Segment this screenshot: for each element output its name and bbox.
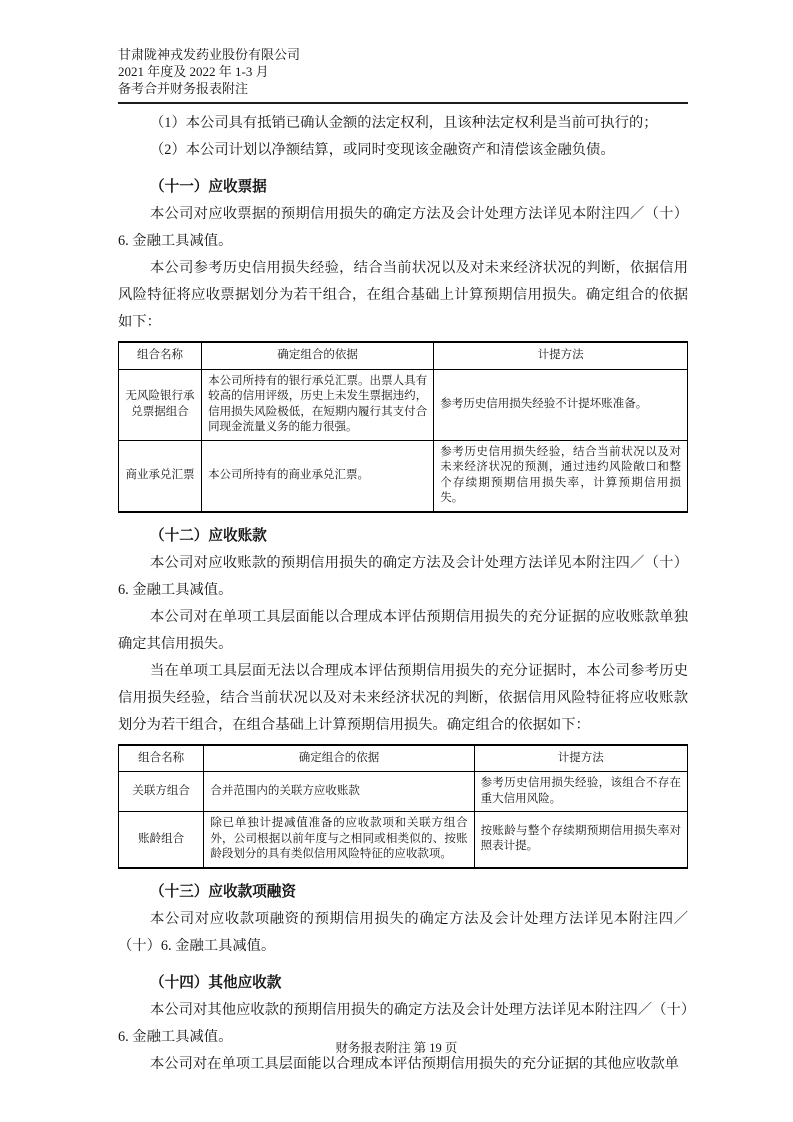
- cell-method: 参考历史信用损失经验，结合当前状况以及对未来经济状况的预测，通过违约风险敞口和整…: [434, 440, 688, 512]
- section-heading-other-receivables: （十四）其他应收款: [118, 970, 688, 997]
- cell-basis: 本公司所持有的银行承兑汇票。出票人具有较高的信用评级，历史上未发生票据违约，信用…: [202, 369, 434, 440]
- list-item-2: （2）本公司计划以净额结算，或同时变现该金融资产和清偿该金融负债。: [118, 137, 688, 164]
- column-header-basis: 确定组合的依据: [202, 342, 434, 369]
- column-header-combination-name: 组合名称: [119, 745, 204, 772]
- section-heading-notes-receivable: （十一）应收票据: [118, 174, 688, 201]
- section-heading-receivables-financing: （十三）应收款项融资: [118, 879, 688, 906]
- paragraph: 本公司对应收票据的预期信用损失的确定方法及会计处理方法详见本附注四／（十）6. …: [118, 201, 688, 255]
- paragraph: 当在单项工具层面无法以合理成本评估预期信用损失的充分证据时，本公司参考历史信用损…: [118, 658, 688, 739]
- paragraph: 本公司参考历史信用损失经验，结合当前状况以及对未来经济状况的判断，依据信用风险特…: [118, 255, 688, 336]
- table-header-row: 组合名称 确定组合的依据 计提方法: [119, 745, 688, 772]
- offset-conditions-list: （1）本公司具有抵销已确认金额的法定权利，且该种法定权利是当前可执行的； （2）…: [118, 110, 688, 164]
- notes-receivable-combination-table: 组合名称 确定组合的依据 计提方法 无风险银行承兑票据组合 本公司所持有的银行承…: [118, 341, 688, 513]
- column-header-method: 计提方法: [474, 745, 687, 772]
- document-header: 甘肃陇神戎发药业股份有限公司 2021 年度及 2022 年 1-3 月 备考合…: [118, 46, 688, 97]
- list-item-1: （1）本公司具有抵销已确认金额的法定权利，且该种法定权利是当前可执行的；: [118, 110, 688, 137]
- cell-combination-name: 商业承兑汇票: [119, 440, 202, 512]
- cell-method: 参考历史信用损失经验不计提坏账准备。: [434, 369, 688, 440]
- cell-method: 按账龄与整个存续期预期信用损失率对照表计提。: [474, 812, 687, 868]
- accounts-receivable-combination-table: 组合名称 确定组合的依据 计提方法 关联方组合 合并范围内的关联方应收账款 参考…: [118, 744, 688, 869]
- cell-basis: 本公司所持有的商业承兑汇票。: [202, 440, 434, 512]
- table-row: 无风险银行承兑票据组合 本公司所持有的银行承兑汇票。出票人具有较高的信用评级，历…: [119, 369, 688, 440]
- page-footer: 财务报表附注 第 19 页: [0, 1040, 793, 1056]
- paragraph: 本公司对在单项工具层面能以合理成本评估预期信用损失的充分证据的应收账款单独确定其…: [118, 604, 688, 658]
- table-row: 关联方组合 合并范围内的关联方应收账款 参考历史信用损失经验，该组合不存在重大信…: [119, 772, 688, 812]
- column-header-combination-name: 组合名称: [119, 342, 202, 369]
- company-name: 甘肃陇神戎发药业股份有限公司: [118, 46, 688, 63]
- report-title: 备考合并财务报表附注: [118, 80, 688, 97]
- column-header-basis: 确定组合的依据: [204, 745, 474, 772]
- cell-combination-name: 关联方组合: [119, 772, 204, 812]
- paragraph: 本公司对应收款项融资的预期信用损失的确定方法及会计处理方法详见本附注四／（十）6…: [118, 906, 688, 960]
- document-page: 甘肃陇神戎发药业股份有限公司 2021 年度及 2022 年 1-3 月 备考合…: [0, 0, 793, 1122]
- column-header-method: 计提方法: [434, 342, 688, 369]
- cell-combination-name: 无风险银行承兑票据组合: [119, 369, 202, 440]
- cell-method: 参考历史信用损失经验，该组合不存在重大信用风险。: [474, 772, 687, 812]
- paragraph: 本公司对应收账款的预期信用损失的确定方法及会计处理方法详见本附注四／（十）6. …: [118, 550, 688, 604]
- table-header-row: 组合名称 确定组合的依据 计提方法: [119, 342, 688, 369]
- header-rule: [118, 102, 688, 104]
- table-row: 商业承兑汇票 本公司所持有的商业承兑汇票。 参考历史信用损失经验，结合当前状况以…: [119, 440, 688, 512]
- cell-basis: 合并范围内的关联方应收账款: [204, 772, 474, 812]
- table-row: 账龄组合 除已单独计提减值准备的应收款项和关联方组合外，公司根据以前年度与之相同…: [119, 812, 688, 868]
- report-period: 2021 年度及 2022 年 1-3 月: [118, 63, 688, 80]
- section-heading-accounts-receivable: （十二）应收账款: [118, 523, 688, 550]
- cell-combination-name: 账龄组合: [119, 812, 204, 868]
- cell-basis: 除已单独计提减值准备的应收款项和关联方组合外，公司根据以前年度与之相同或相类似的…: [204, 812, 474, 868]
